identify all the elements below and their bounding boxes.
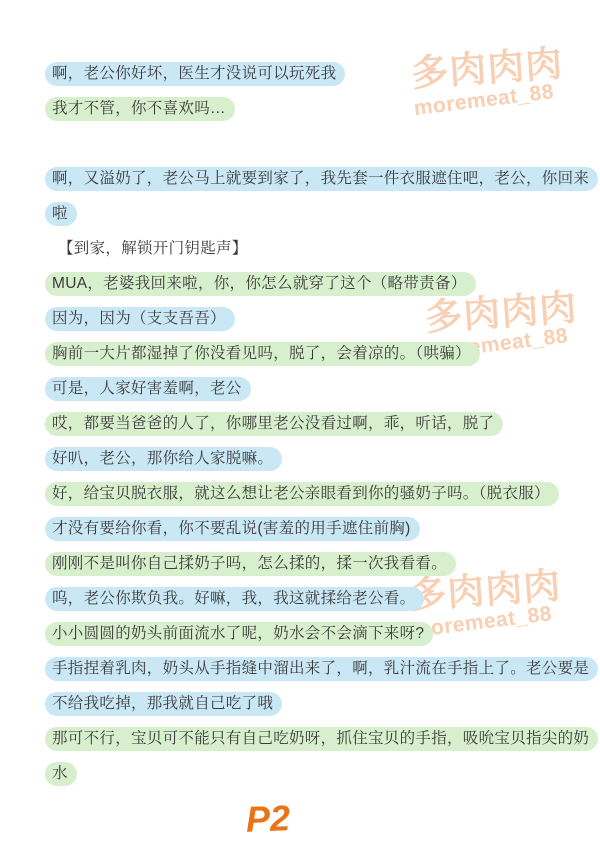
dialogue-text: 我才不管，你不喜欢吗… [45,97,235,121]
dialogue-text: 小小圆圆的奶头前面流水了呢，奶水会不会滴下来呀? [45,622,433,646]
dialogue-text: 手指捏着乳肉，奶头从手指缝中溜出来了，啊，乳汁流在手指上了。老公要是 [45,657,598,681]
dialogue-line: 小小圆圆的奶头前面流水了呢，奶水会不会滴下来呀? [45,616,584,651]
dialogue-text: 哎，都要当爸爸的人了，你哪里老公没看过啊，乖，听话，脱了 [45,412,503,436]
dialogue-text: 胸前一大片都湿掉了你没看见吗，脱了，会着凉的。（哄骗） [45,342,480,366]
dialogue-line: 好，给宝贝脱衣服，就这么想让老公亲眼看到你的骚奶子吗。（脱衣服） [45,476,584,511]
dialogue-line: 那可不行，宝贝可不能只有自己吃奶呀，抓住宝贝的手指，吸吮宝贝指尖的奶 [45,721,584,756]
dialogue-line: 我才不管，你不喜欢吗… [45,91,584,126]
dialogue-text: 因为，因为（支支吾吾） [45,307,235,331]
dialogue-text: 不给我吃掉，那我就自己吃了哦 [45,692,282,716]
dialogue-text: 那可不行，宝贝可不能只有自己吃奶呀，抓住宝贝的手指，吸吮宝贝指尖的奶 [45,727,598,751]
script-text: 啊，老公你好坏，医生才没说可以玩死我 我才不管，你不喜欢吗… 啊，又溢奶了，老公… [45,56,584,791]
dialogue-line: 呜，老公你欺负我。好嘛，我，我这就揉给老公看。 [45,581,584,616]
dialogue-text: 好叭，老公，那你给人家脱嘛。 [45,447,282,471]
blank-line [45,126,584,161]
dialogue-text: 啊，老公你好坏，医生才没说可以玩死我 [45,62,345,86]
dialogue-text: MUA，老婆我回来啦，你，你怎么就穿了这个（略带责备） [45,272,476,296]
dialogue-line: 才没有要给你看，你不要乱说(害羞的用手遮住前胸) [45,511,584,546]
dialogue-text: 好，给宝贝脱衣服，就这么想让老公亲眼看到你的骚奶子吗。（脱衣服） [45,482,559,506]
dialogue-line: MUA，老婆我回来啦，你，你怎么就穿了这个（略带责备） [45,266,584,301]
dialogue-line: 胸前一大片都湿掉了你没看见吗，脱了，会着凉的。（哄骗） [45,336,584,371]
dialogue-text: 啊，又溢奶了，老公马上就要到家了，我先套一件衣服遮住吧，老公，你回来 [45,167,598,191]
dialogue-text: 刚刚不是叫你自己揉奶子吗，怎么揉的，揉一次我看看。 [45,552,456,576]
dialogue-line: 好叭，老公，那你给人家脱嘛。 [45,441,584,476]
dialogue-text: 水 [45,762,77,786]
dialogue-line: 手指捏着乳肉，奶头从手指缝中溜出来了，啊，乳汁流在手指上了。老公要是 [45,651,584,686]
dialogue-line: 水 [45,756,584,791]
dialogue-line: 啦 [45,196,584,231]
stage-direction-line: 【到家，解锁开门钥匙声】 [45,231,584,266]
dialogue-line: 啊，又溢奶了，老公马上就要到家了，我先套一件衣服遮住吧，老公，你回来 [45,161,584,196]
document-page: 多肉肉肉 moremeat_88 多肉肉肉 moremeat_88 多肉肉肉 m… [0,0,600,849]
dialogue-line: 刚刚不是叫你自己揉奶子吗，怎么揉的，揉一次我看看。 [45,546,584,581]
dialogue-text: 呜，老公你欺负我。好嘛，我，我这就揉给老公看。 [45,587,424,611]
dialogue-line: 因为，因为（支支吾吾） [45,301,584,336]
dialogue-line: 啊，老公你好坏，医生才没说可以玩死我 [45,56,584,91]
dialogue-line: 哎，都要当爸爸的人了，你哪里老公没看过啊，乖，听话，脱了 [45,406,584,441]
dialogue-line: 不给我吃掉，那我就自己吃了哦 [45,686,584,721]
stage-direction-text: 【到家，解锁开门钥匙声】 [45,237,257,261]
dialogue-line: 可是，人家好害羞啊，老公 [45,371,584,406]
dialogue-text: 才没有要给你看，你不要乱说(害羞的用手遮住前胸) [45,517,420,541]
page-number: P2 [227,797,308,842]
dialogue-text: 可是，人家好害羞啊，老公 [45,377,251,401]
dialogue-text: 啦 [45,202,77,226]
